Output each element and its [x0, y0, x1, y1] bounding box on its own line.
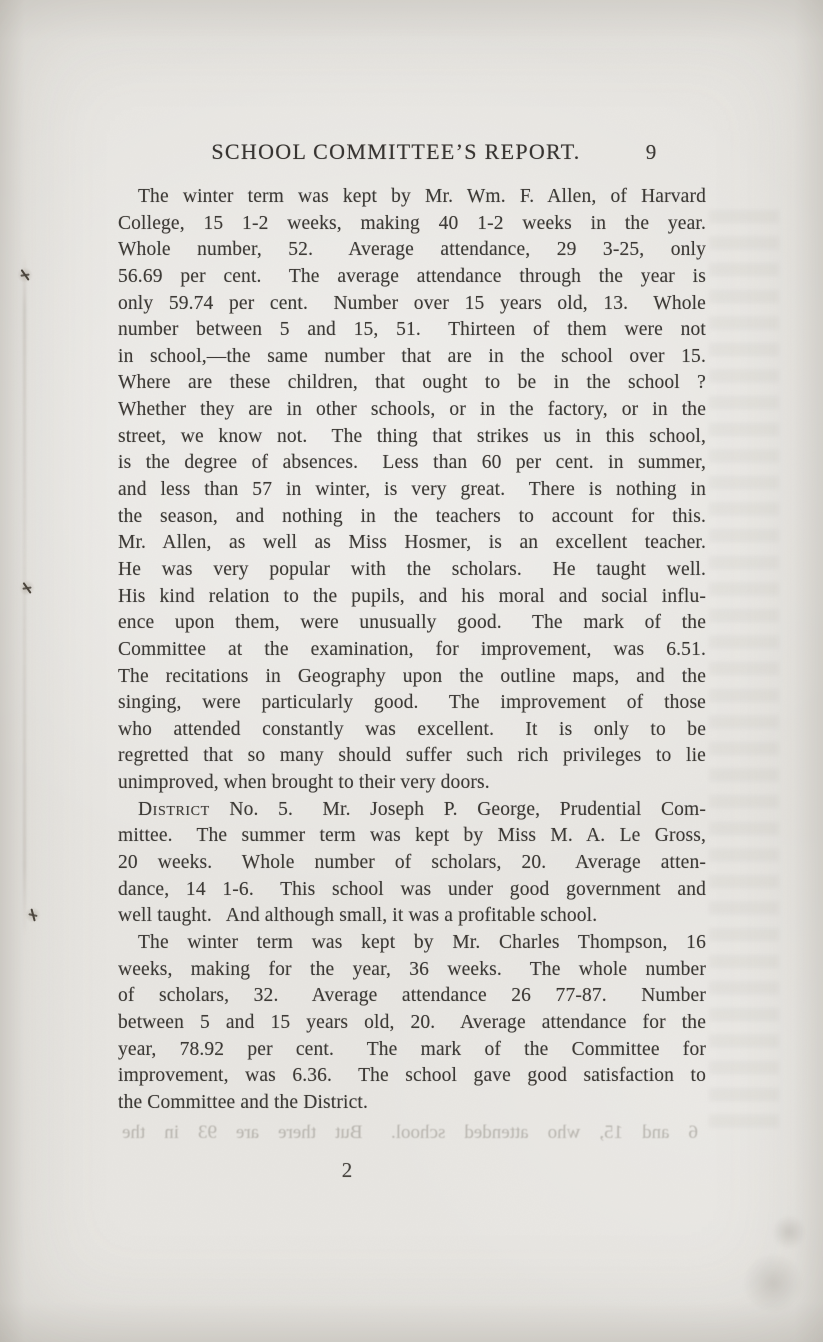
text-line: only 59.74 per cent. Number over 15 year…	[118, 291, 706, 318]
text-line: District No. 5. Mr. Joseph P. George, Pr…	[118, 797, 706, 824]
text-line: is the degree of absences. Less than 60 …	[118, 450, 706, 477]
text-line: The winter term was kept by Mr. Wm. F. A…	[118, 184, 706, 211]
text-line: The recitations in Geography upon the ou…	[118, 664, 706, 691]
paragraph: District No. 5. Mr. Joseph P. George, Pr…	[118, 797, 706, 930]
text-line: between 5 and 15 years old, 20. Average …	[118, 1010, 706, 1037]
text-line: College, 15 1-2 weeks, making 40 1-2 wee…	[118, 211, 706, 238]
report-body-text: The winter term was kept by Mr. Wm. F. A…	[118, 184, 706, 1116]
text-line: Whether they are in other schools, or in…	[118, 397, 706, 424]
paper-smudge	[772, 1215, 806, 1249]
page-showthrough	[709, 210, 779, 1130]
text-line: year, 78.92 per cent. The mark of the Co…	[118, 1037, 706, 1064]
signature-mark: 2	[330, 1158, 364, 1183]
paragraph: The winter term was kept by Mr. Wm. F. A…	[118, 184, 706, 797]
text-line: improvement, was 6.36. The school gave g…	[118, 1063, 706, 1090]
text-line: number between 5 and 15, 51. Thirteen of…	[118, 317, 706, 344]
text-line: Whole number, 52. Average attendance, 29…	[118, 237, 706, 264]
text-line: regretted that so many should suffer suc…	[118, 743, 706, 770]
text-line: Mr. Allen, as well as Miss Hosmer, is an…	[118, 530, 706, 557]
text-line: mittee. The summer term was kept by Miss…	[118, 823, 706, 850]
text-line: of scholars, 32. Average attendance 26 7…	[118, 983, 706, 1010]
text-line: His kind relation to the pupils, and his…	[118, 584, 706, 611]
text-line: who attended constantly was excellent. I…	[118, 717, 706, 744]
text-line: 20 weeks. Whole number of scholars, 20. …	[118, 850, 706, 877]
page-header-title: SCHOOL COMMITTEE’S REPORT.	[102, 139, 690, 165]
scanned-page: SCHOOL COMMITTEE’S REPORT. 9 The winter …	[0, 0, 823, 1342]
bleed-through-text: 6 and 15, who attended school. But there…	[122, 1122, 698, 1148]
text-line: weeks, making for the year, 36 weeks. Th…	[118, 957, 706, 984]
binding-stitch-mark	[18, 579, 36, 597]
district-smallcaps-lead: District	[138, 799, 210, 820]
text-line: dance, 14 1-6. This school was under goo…	[118, 877, 706, 904]
text-line: the Committee and the District.	[118, 1090, 706, 1117]
paragraph: The winter term was kept by Mr. Charles …	[118, 930, 706, 1116]
paper-smudge	[740, 1255, 806, 1311]
text-line: The winter term was kept by Mr. Charles …	[118, 930, 706, 957]
text-line: the season, and nothing in the teachers …	[118, 504, 706, 531]
text-line: He was very popular with the scholars. H…	[118, 557, 706, 584]
text-line: street, we know not. The thing that stri…	[118, 424, 706, 451]
text-line: ence upon them, were unusually good. The…	[118, 610, 706, 637]
text-line: Committee at the examination, for improv…	[118, 637, 706, 664]
binding-stitch-mark	[16, 266, 34, 284]
text-line: singing, were particularly good. The imp…	[118, 690, 706, 717]
text-line: unimproved, when brought to their very d…	[118, 770, 706, 797]
text-line: Where are these children, that ought to …	[118, 370, 706, 397]
text-line: in school,—the same number that are in t…	[118, 344, 706, 371]
text-line: and less than 57 in winter, is very grea…	[118, 477, 706, 504]
text-line: well taught. And although small, it was …	[118, 903, 706, 930]
page-number-folio: 9	[636, 140, 666, 165]
text-line: 56.69 per cent. The average attendance t…	[118, 264, 706, 291]
